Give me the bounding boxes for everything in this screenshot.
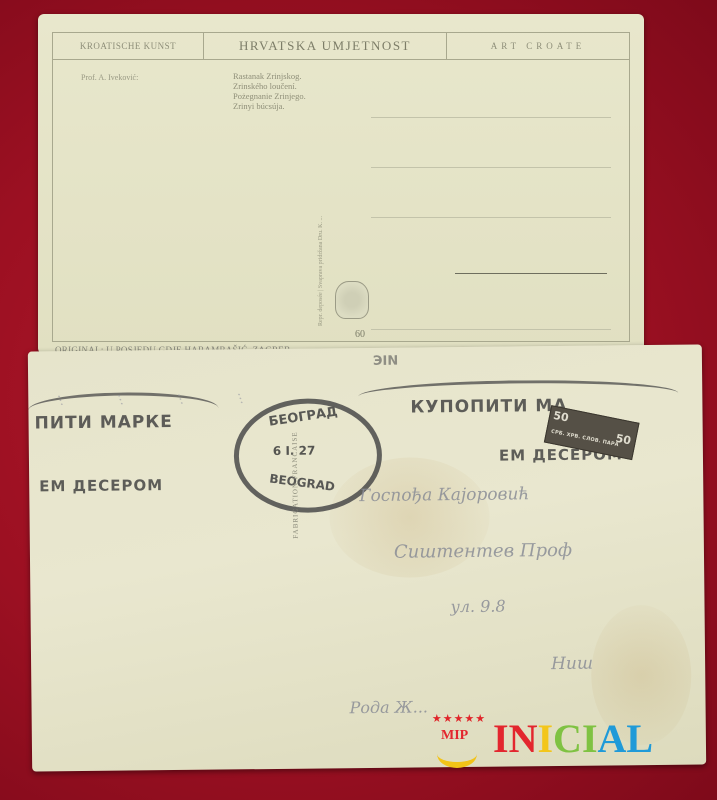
plate-number: 60 [355,329,365,340]
title-czech: Zrinského loučení. [233,81,306,91]
stamp-value-left: 50 [552,409,570,425]
artwork-titles: Rastanak Zrinjskog. Zrinského loučení. P… [233,71,306,111]
printer-vertical-text: FABRICATION FRANCAISE [291,431,300,538]
address-line [371,167,611,168]
header-french: ART CROATE [447,33,629,59]
handwritten-address-line: ул. 9.8 [450,597,505,617]
address-line [371,217,611,218]
handwritten-extra: Рода Ж... [349,697,428,717]
publisher-emblem-icon [335,281,369,319]
postmark-fragment: ЭІN [373,354,398,369]
postcard-address-side: KROATISCHE KUNST HRVATSKA UMJETNOST ART … [38,14,644,354]
postcard-frame: KROATISCHE KUNST HRVATSKA UMJETNOST ART … [52,32,630,342]
cancel-slogan-left-1: ПИТИ МАРКЕ [34,412,172,433]
mip-badge-icon: ★★★★★ MIP [429,712,485,768]
address-line [371,329,611,330]
header-row: KROATISCHE KUNST HRVATSKA UMJETNOST ART … [53,33,629,60]
cancel-slogan-left-2: ЕМ ДЕСЕРОМ [39,476,163,495]
handwritten-address-line: Сиштентев Проф [394,540,572,563]
address-line-underline [455,273,607,274]
brand-letter: L [626,716,653,761]
copyright-vertical-text: Repr. dеposée | Svaprava pridržana Dru. … [318,96,324,326]
handwritten-address-line: Ниш [551,654,593,674]
brand-letter: C [553,716,582,761]
handwritten-message-line: ... [234,389,252,406]
title-croatian: Rastanak Zrinjskog. [233,71,306,81]
brand-letter: A [598,716,627,761]
artist-credit: Prof. A. Iveković: [81,73,138,82]
postmark-city-cyrillic: БЕОГРАД [268,405,339,430]
title-polish: Pożegnanie Zrinjego. [233,91,306,101]
header-german: KROATISCHE KUNST [53,33,204,59]
brand-letter: I [537,716,553,761]
handwritten-address-line: Госпођа Кајоровић [359,484,529,506]
cancel-slogan-right-1: КУПОПИТИ МА [410,396,567,418]
brand-letter: I [493,716,509,761]
wheat-wreath-icon [437,740,477,768]
stars-icon: ★★★★★ [431,712,487,725]
postcard-message-side: ПИТИ МАРКЕ ЕМ ДЕСЕРОМ КУПОПИТИ МА ЕМ ДЕС… [28,344,706,771]
header-croatian: HRVATSKA UMJETNOST [204,33,447,59]
postmark-city-latin: BEOGRAD [269,471,336,493]
title-hungarian: Zrinyi búcsúja. [233,101,306,111]
brand-wordmark: INICIAL [493,714,653,764]
brand-letter: I [582,716,598,761]
stamp-text: СРБ. ХРВ. СЛОВ. ПАРА [551,429,620,448]
inicial-watermark-logo: ★★★★★ MIP INICIAL [425,712,705,772]
brand-letter: N [509,716,538,761]
address-line [371,117,611,118]
